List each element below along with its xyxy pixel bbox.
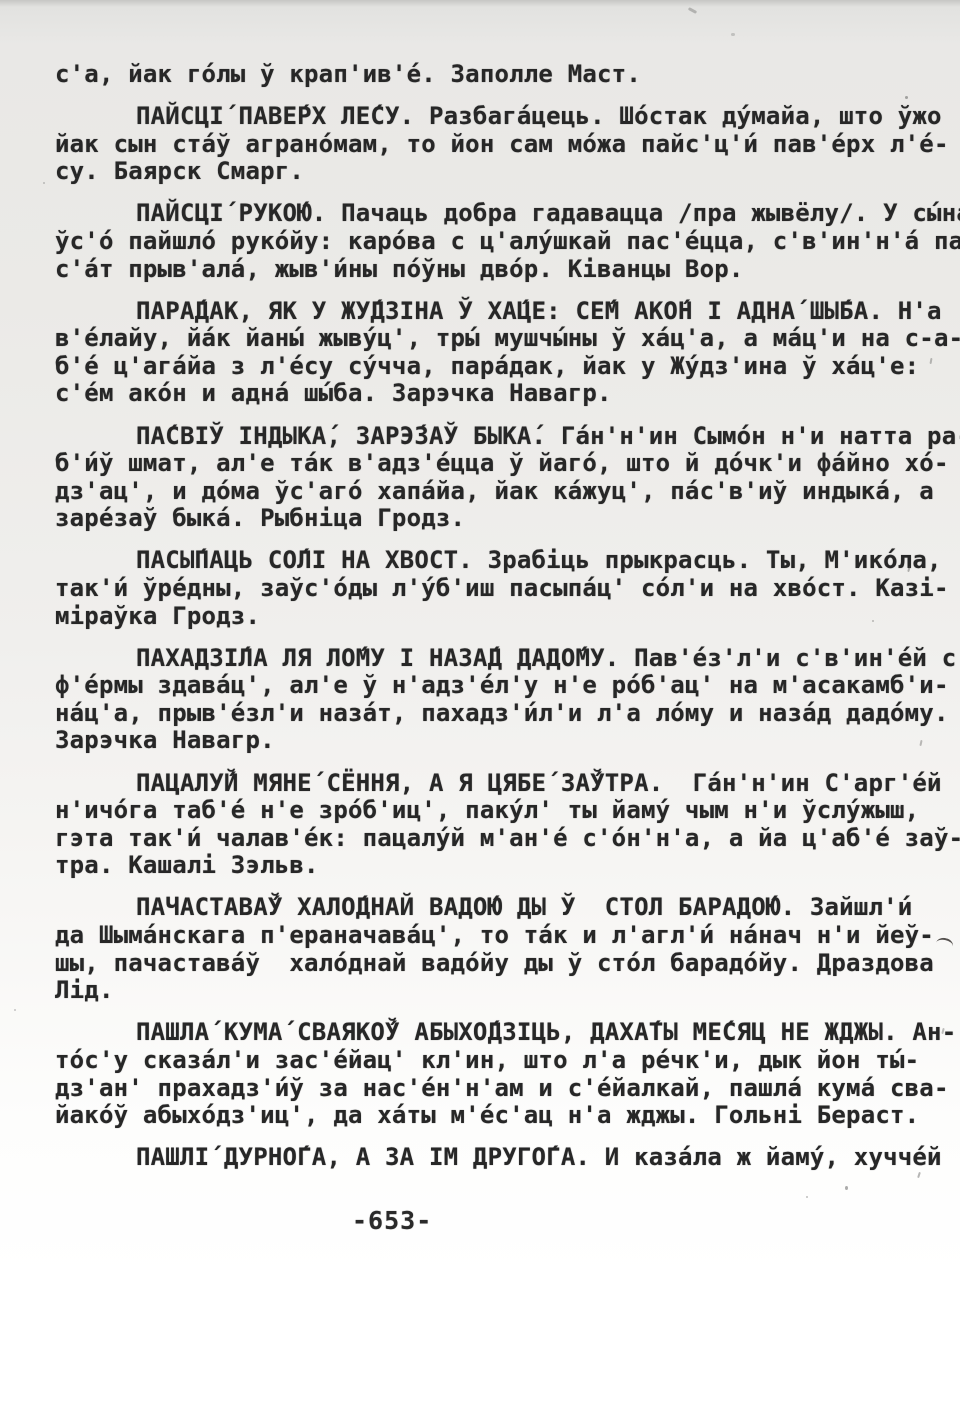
entry-line: так'и́ ўре́дны, заўс'о́ды л'у́б'иш пасып… xyxy=(55,575,935,603)
entry-pasypac-soli: ПАСЫ́ПАЦЬ СО́ЛІ НА ХВОСТ. Зрабіць прыкра… xyxy=(55,547,935,630)
scan-speckle xyxy=(845,1186,848,1190)
entry-line: на́ц'а, прыв'е́зл'и наза́т, пахадз'и́л'и… xyxy=(55,700,935,728)
entry-line: шы, пачастава́ў хало́днай вадо́йу ды ў с… xyxy=(55,950,935,978)
entry-line: ПАЧАСТАВА́Ў ХАЛО́ДНАЙ ВАДО́Ю ДЫ Ў СТОЛ Б… xyxy=(55,894,935,922)
entry-line: да Шыма́нскага п'ераначава́ц', то та́к и… xyxy=(55,922,935,950)
scan-mark-arc xyxy=(935,936,954,952)
entry-line: в'е́лайу, йа́к йаны́ жыву́ц', тры́ мушчы… xyxy=(55,325,935,353)
entry-line: міраўка Гродз. xyxy=(55,603,935,631)
entry-pakhadzila: ПАХАДЗІ́ЛА ЛЯ ЛО́МУ І НАЗА́Д ДАДО́МУ. Па… xyxy=(55,645,935,755)
entry-line: ПАРА́ДАК, ЯК У ЖУ́ДЗІНА Ў ХА́ЦЕ: СЕ́М АК… xyxy=(55,298,935,326)
entry-line: то́с'у сказа́л'и зас'е́йац' кл'ин, што л… xyxy=(55,1047,935,1075)
scan-speckle xyxy=(872,620,874,622)
entry-line: Лід. xyxy=(55,977,935,1005)
scan-speckle xyxy=(905,96,908,99)
scanned-page: { "page": { "number": "-653-", "language… xyxy=(0,0,960,1411)
entry-line: Зарэчка Навагр. xyxy=(55,727,935,755)
entry-line: ПАСЫ́ПАЦЬ СО́ЛІ НА ХВОСТ. Зрабіць прыкра… xyxy=(55,547,935,575)
entry-paisci-rukoyu: ПАЙСЦІ́ РУКО́Ю. Пачаць добра гадавацца /… xyxy=(55,200,935,283)
entry-line: дз'ан' прахадз'и́ў за нас'е́н'н'ам и с'е… xyxy=(55,1075,935,1103)
entry-line: с'а́т прыв'ала́, жыв'и́ны по́ўны дво́р. … xyxy=(55,256,935,284)
entry-pachastavau: ПАЧАСТАВА́Ў ХАЛО́ДНАЙ ВАДО́Ю ДЫ Ў СТОЛ Б… xyxy=(55,894,935,1004)
entry-pasviu-indyka: ПА́СВІЎ ІНДЫКА́, ЗАРЭ́ЗАЎ БЫКА́. Га́н'н'… xyxy=(55,423,935,533)
entry-paradak: ПАРА́ДАК, ЯК У ЖУ́ДЗІНА Ў ХА́ЦЕ: СЕ́М АК… xyxy=(55,298,935,408)
entry-line: б'и́ў шмат, ал'е та́к в'адз'е́цца ў йаго… xyxy=(55,450,935,478)
entry-line: йако́ў абыхо́дз'иц', да ха́ты м'е́с'ац н… xyxy=(55,1102,935,1130)
scan-speckle xyxy=(867,142,869,145)
entry-line: с'е́м ако́н и адна́ шы́ба. Зарэчка Наваг… xyxy=(55,380,935,408)
entry-pashla-kuma: ПАШЛА́ КУМА́ СВАЯКО́Ў АБЫХО́ДЗІЦЬ, ДАХА́… xyxy=(55,1019,935,1129)
entry-line: ф'е́рмы здава́ц', ал'е ў н'адз'е́л'у н'е… xyxy=(55,672,935,700)
entry-paisci-paverkh-lesu: ПАЙСЦІ́ ПАВЕ́РХ ЛЕ́СУ. Разбага́цець. Шо́… xyxy=(55,103,935,186)
entry-pashli-durnoga: ПАШЛІ́ ДУРНО́ГА, А ЗА ІМ ДРУГО́ГА. И каз… xyxy=(55,1144,935,1172)
scan-speckle xyxy=(14,1009,16,1011)
entry-line: гэта так'и́ чалав'е́к: пацалу́й м'ан'е́ … xyxy=(55,825,935,853)
entry-line: ПАШЛІ́ ДУРНО́ГА, А ЗА ІМ ДРУГО́ГА. И каз… xyxy=(55,1144,935,1172)
scan-speckle xyxy=(43,182,45,184)
entry-line: дз'ац', и до́ма ўс'аго́ хапа́йа, йак ка́… xyxy=(55,478,935,506)
entry-line: н'ичо́га таб'е́ н'е зро́б'иц', паку́л' т… xyxy=(55,797,935,825)
entry-pacaluj-myane: ПАЦАЛУ́Й МЯНЕ́ СЁННЯ, А Я ЦЯБЕ́ ЗА́ЎТРА.… xyxy=(55,770,935,880)
scan-speckle xyxy=(806,1196,808,1198)
entry-line: б'е́ ц'ага́йа з л'е́су су́чча, пара́дак,… xyxy=(55,353,935,381)
entry-line: ПА́СВІЎ ІНДЫКА́, ЗАРЭ́ЗАЎ БЫКА́. Га́н'н'… xyxy=(55,423,935,451)
entry-line: йак сын ста́ў аграно́мам, то йон сам мо́… xyxy=(55,131,935,159)
entry-line: ПАХАДЗІ́ЛА ЛЯ ЛО́МУ І НАЗА́Д ДАДО́МУ. Па… xyxy=(55,645,935,673)
scan-smudge xyxy=(688,7,697,14)
entry-line: ПАЙСЦІ́ ПАВЕ́РХ ЛЕ́СУ. Разбага́цець. Шо́… xyxy=(55,103,935,131)
entry-line: ўс'о́ пайшло́ руко́йу: каро́ва с ц'алу́ш… xyxy=(55,228,935,256)
entry-continuation: с'а, йак го́лы ў крап'ив'е́. Заполле Мас… xyxy=(55,61,935,89)
entry-line: ПАШЛА́ КУМА́ СВАЯКО́Ў АБЫХО́ДЗІЦЬ, ДАХА́… xyxy=(55,1019,935,1047)
entry-line: ПАЙСЦІ́ РУКО́Ю. Пачаць добра гадавацца /… xyxy=(55,200,935,228)
entry-line: су. Баярск Смарг. xyxy=(55,158,935,186)
scan-smudge xyxy=(731,33,735,36)
dictionary-text-block: с'а, йак го́лы ў крап'ив'е́. Заполле Мас… xyxy=(55,61,935,1186)
entry-line: заре́заў быка́. Рыбніца Гродз. xyxy=(55,505,935,533)
page-number: -653- xyxy=(352,1206,432,1235)
paper-sheet: с'а, йак го́лы ў крап'ив'е́. Заполле Мас… xyxy=(0,0,960,1411)
entry-line: тра. Кашалі Зэльв. xyxy=(55,852,935,880)
entry-line: ПАЦАЛУ́Й МЯНЕ́ СЁННЯ, А Я ЦЯБЕ́ ЗА́ЎТРА.… xyxy=(55,770,935,798)
scan-speckle xyxy=(898,806,901,809)
entry-line: с'а, йак го́лы ў крап'ив'е́. Заполле Мас… xyxy=(55,61,935,89)
